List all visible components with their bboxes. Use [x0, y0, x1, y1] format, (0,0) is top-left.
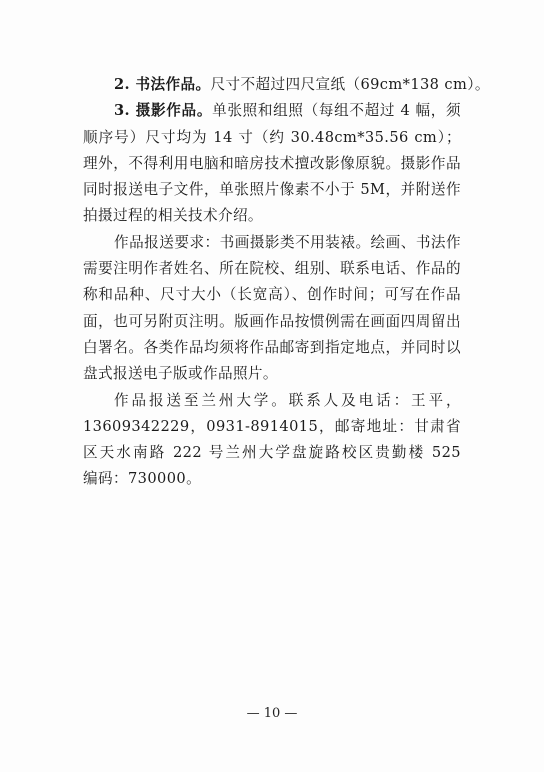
item-text: 尺寸不超过四尺宣纸（69cm*138 cm）。	[211, 76, 490, 93]
document-page: 2. 书法作品。尺寸不超过四尺宣纸（69cm*138 cm）。 3. 摄影作品。…	[0, 0, 544, 772]
item-heading: 2. 书法作品。	[114, 76, 211, 93]
calligraphy-item: 2. 书法作品。尺寸不超过四尺宣纸（69cm*138 cm）。	[83, 72, 461, 98]
text-line: 面，也可另附页注明。版画作品按惯例需在画面四周留出空	[83, 309, 461, 335]
submission-requirements-paragraph: 作品报送要求：书画摄影类不用装裱。绘画、书法作品	[83, 230, 461, 256]
page-number: — 10 —	[0, 706, 544, 721]
text-line: 13609342229，0931-8914015，邮寄地址：甘肃省兰州市城关	[83, 414, 461, 440]
text-line: 盘式报送电子版或作品照片。	[83, 361, 461, 387]
body-text: 2. 书法作品。尺寸不超过四尺宣纸（69cm*138 cm）。 3. 摄影作品。…	[83, 72, 461, 493]
text-line: 编码：730000。	[83, 466, 461, 492]
text-line: 需要注明作者姓名、所在院校、组别、联系电话、作品的名	[83, 256, 461, 282]
text-line: 理外，不得利用电脑和暗房技术擅改影像原貌。摄影作品须	[83, 151, 461, 177]
text-line: 拍摄过程的相关技术介绍。	[83, 203, 461, 229]
text-line: 区天水南路 222 号兰州大学盘旋路校区贵勤楼 525 室，邮政	[83, 440, 461, 466]
item-heading: 3. 摄影作品。	[114, 102, 212, 119]
text-line: 白署名。各类作品均须将作品邮寄到指定地点，并同时以光	[83, 335, 461, 361]
contact-paragraph: 作品报送至兰州大学。联系人及电话：王平，	[83, 388, 461, 414]
text-line: 同时报送电子文件，单张照片像素不小于 5M，并附送作品	[83, 177, 461, 203]
text-line: 顺序号）尺寸均为 14 寸（约 30.48cm*35.56 cm）；除影调处	[83, 125, 461, 151]
text-line: 称和品种、尺寸大小（长宽高）、创作时间；可写在作品背	[83, 282, 461, 308]
photography-item: 3. 摄影作品。单张照和组照（每组不超过 4 幅，须标明	[83, 98, 461, 124]
